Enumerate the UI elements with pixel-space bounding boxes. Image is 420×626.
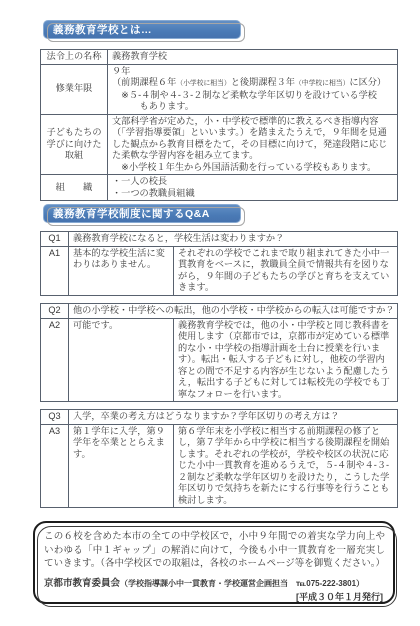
legal-name-label: 法令上の名称	[41, 50, 108, 65]
a2-detail: 義務教育学校では，他の小・中学校と同じ教科書を使用します（京都市では，京都市が定…	[174, 318, 398, 402]
organization-item-2: ・一つの教職員組織	[112, 188, 393, 200]
legal-name-value: 義務教育学校	[108, 50, 398, 65]
label-line-1: 子どもたちの	[43, 127, 105, 139]
row-study-years: 修業年限 ９年 （前期課程６年（小学校に相当）と後期課程３年（中学校に相当）に区…	[41, 64, 398, 114]
row-legal-name: 法令上の名称 義務教育学校	[41, 50, 398, 65]
question-row-3: Q3 入学，卒業の考え方はどうなりますか？学年区切りの考え方は？	[41, 410, 398, 425]
q3-question: 入学，卒業の考え方はどうなりますか？学年区切りの考え方は？	[69, 410, 398, 425]
organization-label: 組 織	[41, 175, 108, 201]
qa-table-1: Q1 義務教育学校になると，学校生活は変わりますか？ A1 基本的な学校生活に変…	[40, 231, 398, 296]
label-line-3: 取組	[43, 150, 105, 162]
q1-question: 義務教育学校になると，学校生活は変わりますか？	[69, 232, 398, 247]
a1-label: A1	[41, 246, 69, 295]
row-organization: 組 織 ・一人の校長 ・一つの教職員組織	[41, 175, 398, 201]
line2-pre: （前期課程６年	[112, 77, 176, 87]
q1-label: Q1	[41, 232, 69, 247]
q2-question: 他の小学校・中学校への転出，他の小学校・中学校からの転入は可能ですか？	[69, 304, 398, 319]
publisher-line: 京都市教育委員会（学校指導課小中一貫教育・学校運営企画担当 ℡075-222-3…	[44, 575, 385, 589]
answer-row-3: A3 第１学年に入学，第９学年を卒業ととらえます。 第６学年末を小学校に相当する…	[41, 424, 398, 508]
study-years-line1: ９年	[112, 66, 393, 78]
study-years-value: ９年 （前期課程６年（小学校に相当）と後期課程３年（中学校に相当）に区分） ※５…	[108, 64, 398, 114]
a1-detail: それぞれの学校でこれまで取り組まれてきた小中一貫教育をベースに，教職員全員で情報…	[174, 246, 398, 295]
learning-efforts-label: 子どもたちの 学びに向けた 取組	[41, 114, 108, 175]
a3-short: 第１学年に入学，第９学年を卒業ととらえます。	[69, 424, 174, 508]
q2-label: Q2	[41, 304, 69, 319]
question-row-2: Q2 他の小学校・中学校への転出，他の小学校・中学校からの転入は可能ですか？	[41, 304, 398, 319]
overview-table: 法令上の名称 義務教育学校 修業年限 ９年 （前期課程６年（小学校に相当）と後期…	[40, 49, 398, 201]
a3-label: A3	[41, 424, 69, 508]
a2-short: 可能です。	[69, 318, 174, 402]
study-years-line2: （前期課程６年（小学校に相当）と後期課程３年（中学校に相当）に区分）	[112, 77, 393, 90]
qa-table-2: Q2 他の小学校・中学校への転出，他の小学校・中学校からの転入は可能ですか？ A…	[40, 303, 398, 402]
answer-row-2: A2 可能です。 義務教育学校では，他の小・中学校と同じ教科書を使用します（京都…	[41, 318, 398, 402]
section-banner-about: 義務教育学校とは…	[43, 20, 241, 39]
qa-table-3: Q3 入学，卒業の考え方はどうなりますか？学年区切りの考え方は？ A3 第１学年…	[40, 409, 398, 508]
organization-value: ・一人の校長 ・一つの教職員組織	[108, 175, 398, 201]
question-row-1: Q1 義務教育学校になると，学校生活は変わりますか？	[41, 232, 398, 247]
publisher-name: 京都市教育委員会	[44, 578, 120, 589]
document-page: 義務教育学校とは… 法令上の名称 義務教育学校 修業年限 ９年 （前期課程６年（…	[0, 0, 420, 626]
line2-small1: （小学校に相当）	[176, 80, 230, 87]
a3-detail: 第６学年末を小学校に相当する前期課程の修了とし，第７学年から中学校に相当する後期…	[174, 424, 398, 508]
label-line-2: 学びに向けた	[43, 139, 105, 151]
organization-item-1: ・一人の校長	[112, 176, 393, 188]
section-banner-qa: 義務教育学校制度に関するQ&A	[43, 204, 241, 223]
a1-short: 基本的な学校生活に変わりはありません。	[69, 246, 174, 295]
study-years-line4: もあります。	[112, 101, 393, 113]
learning-efforts-note: ※小学校１年生から外国語活動を行っている学校もあります。	[112, 162, 393, 174]
banner-qa-title: 義務教育学校制度に関するQ&A	[53, 208, 210, 220]
publication-date: [平成３０年１月発行]	[44, 590, 383, 603]
line2-small2: （中学校に相当）	[295, 80, 349, 87]
answer-row-1: A1 基本的な学校生活に変わりはありません。 それぞれの学校でこれまで取り組まれ…	[41, 246, 398, 295]
publisher-contact: （学校指導課小中一貫教育・学校運営企画担当 ℡075-222-3801）	[120, 579, 364, 588]
summary-paragraph: この６校を含めた本市の全ての中学校区で，小中９年間での着実な学力向上やいわゆる「…	[44, 530, 385, 571]
banner-about-title: 義務教育学校とは…	[53, 24, 152, 36]
study-years-line3: ※５-４制や４-３-２制など柔軟な学年区切りを設けている学校	[112, 90, 393, 102]
a2-label: A2	[41, 318, 69, 402]
row-learning-efforts: 子どもたちの 学びに向けた 取組 文部科学省が定めた，小・中学校で標準的に教える…	[41, 114, 398, 175]
summary-box: この６校を含めた本市の全ての中学校区で，小中９年間での着実な学力向上やいわゆる「…	[33, 521, 395, 604]
learning-efforts-value: 文部科学省が定めた，小・中学校で標準的に教えるべき指導内容（「学習指導要領」とい…	[108, 114, 398, 175]
learning-efforts-body: 文部科学省が定めた，小・中学校で標準的に教えるべき指導内容（「学習指導要領」とい…	[112, 116, 393, 162]
study-years-label: 修業年限	[41, 64, 108, 114]
q3-label: Q3	[41, 410, 69, 425]
line2-post: に区分）	[349, 77, 386, 87]
line2-mid: と後期課程３年	[231, 77, 295, 87]
